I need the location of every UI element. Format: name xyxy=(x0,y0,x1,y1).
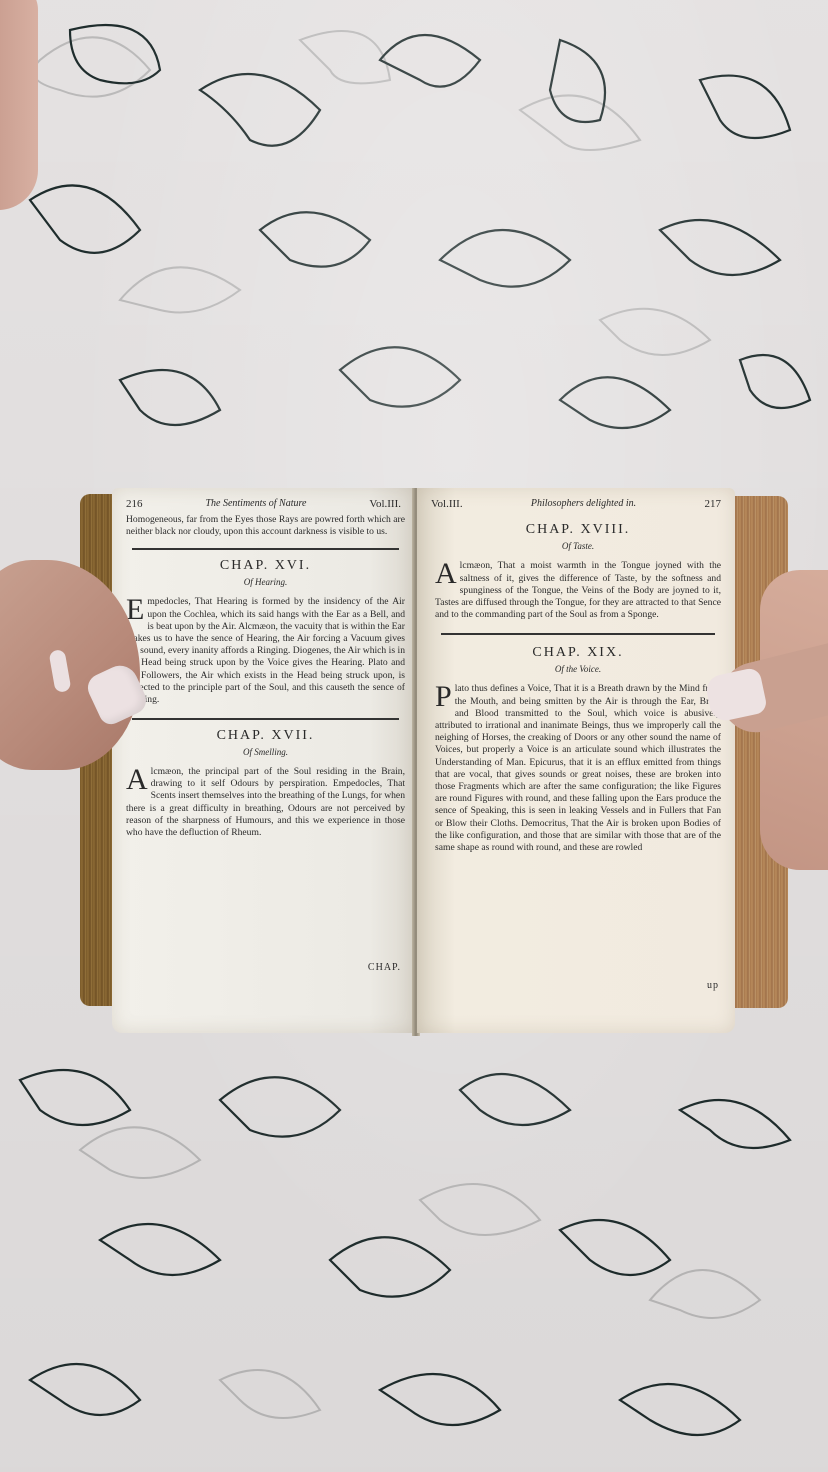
chapter-heading: CHAP. XIX. xyxy=(435,647,721,659)
chapter-heading: CHAP. XVIII. xyxy=(435,524,721,536)
section-rule xyxy=(441,633,715,635)
chapter-body: Alcmæon, the principal part of the Soul … xyxy=(126,766,405,839)
page-number: 217 xyxy=(704,498,721,510)
chapter-subtitle: Of Hearing. xyxy=(126,576,405,588)
left-running-head: 216 The Sentiments of Nature Vol.III. xyxy=(126,498,401,510)
running-head-title: Philosophers delighted in. xyxy=(531,498,636,510)
chapter-heading: CHAP. XVII. xyxy=(126,730,405,742)
chapter-body-text: lcmæon, the principal part of the Soul r… xyxy=(126,766,405,838)
right-page-text: CHAP. XVIII. Of Taste. Alcmæon, That a m… xyxy=(435,524,721,854)
chapter-body-text: lcmæon, That a moist warmth in the Tongu… xyxy=(435,560,721,620)
page-number: 216 xyxy=(126,498,143,510)
running-head-title: The Sentiments of Nature xyxy=(205,498,306,510)
section-rule xyxy=(132,718,399,720)
carryover-paragraph: Homogeneous, far from the Eyes those Ray… xyxy=(126,514,405,538)
arm-edge xyxy=(0,0,38,210)
drop-cap: A xyxy=(126,768,148,792)
chapter-body-text: mpedocles, That Hearing is formed by the… xyxy=(126,596,405,705)
drop-cap: A xyxy=(435,562,457,586)
volume-label: Vol.III. xyxy=(431,498,463,510)
left-page-text: Homogeneous, far from the Eyes those Ray… xyxy=(126,514,405,839)
right-page: Vol.III. Philosophers delighted in. 217 … xyxy=(417,488,735,1033)
chapter-subtitle: Of Taste. xyxy=(435,540,721,552)
section-rule xyxy=(132,548,399,550)
chapter-subtitle: Of Smelling. xyxy=(126,746,405,758)
volume-label: Vol.III. xyxy=(369,498,401,510)
right-running-head: Vol.III. Philosophers delighted in. 217 xyxy=(431,498,721,510)
catchword: up xyxy=(707,980,719,991)
chapter-body: Empedocles, That Hearing is formed by th… xyxy=(126,596,405,706)
chapter-subtitle: Of the Voice. xyxy=(435,663,721,675)
left-page: 216 The Sentiments of Nature Vol.III. Ho… xyxy=(112,488,415,1033)
chapter-heading: CHAP. XVI. xyxy=(126,560,405,572)
open-book: 216 The Sentiments of Nature Vol.III. Ho… xyxy=(60,488,795,1043)
chapter-body-text: lato thus defines a Voice, That it is a … xyxy=(435,683,721,853)
drop-cap: E xyxy=(126,598,144,622)
drop-cap: P xyxy=(435,685,452,709)
chapter-body: Alcmæon, That a moist warmth in the Tong… xyxy=(435,560,721,621)
catchword: CHAP. xyxy=(368,962,401,973)
chapter-body: Plato thus defines a Voice, That it is a… xyxy=(435,683,721,854)
